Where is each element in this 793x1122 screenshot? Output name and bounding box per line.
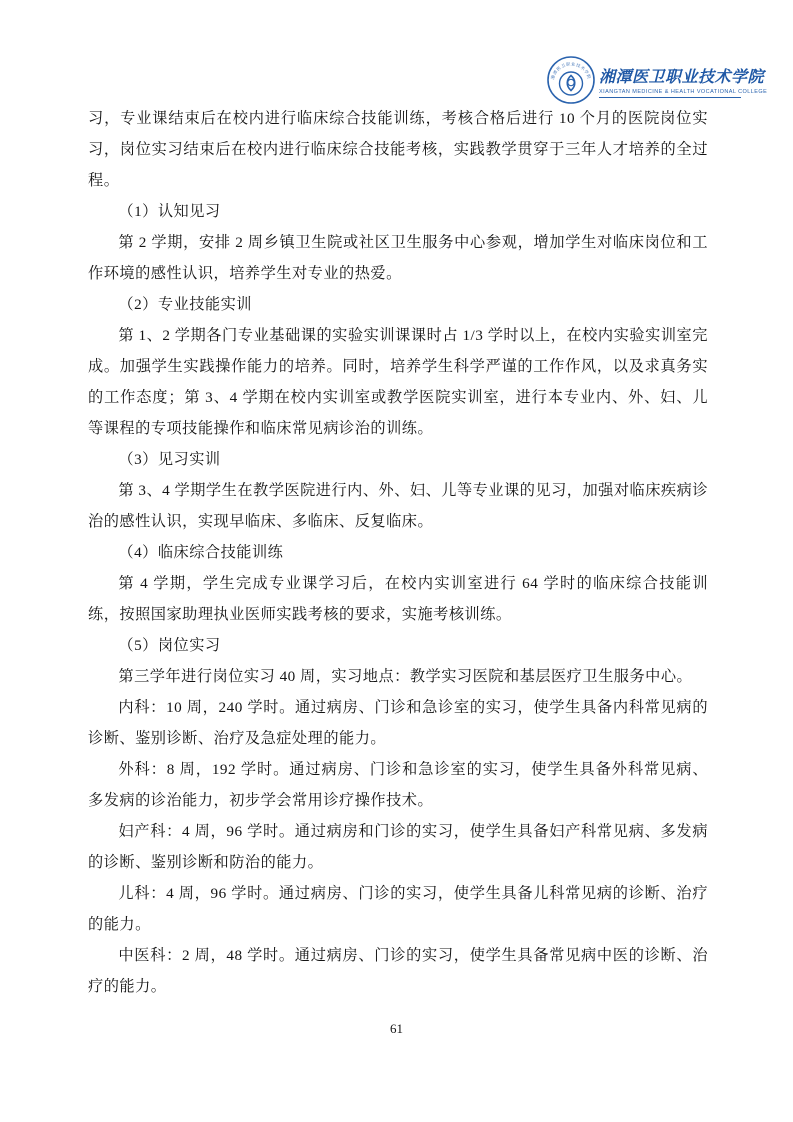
college-logo: 湘潭医卫职业技术学院 湘潭医卫职业技术学院 XIANGTAN MEDICINE …: [547, 56, 767, 104]
body-paragraph: 儿科：4 周，96 学时。通过病房、门诊的实习，使学生具备儿科常见病的诊断、治疗…: [88, 878, 708, 940]
body-paragraph: 中医科：2 周，48 学时。通过病房、门诊的实习，使学生具备常见病中医的诊断、治…: [88, 940, 708, 1002]
body-paragraph: 妇产科：4 周，96 学时。通过病房和门诊的实习，使学生具备妇产科常见病、多发病…: [88, 816, 708, 878]
page-number: 61: [0, 1021, 793, 1037]
document-body: 习，专业课结束后在校内进行临床综合技能训练，考核合格后进行 10 个月的医院岗位…: [88, 103, 708, 1002]
college-name-underline: [599, 97, 741, 98]
body-paragraph-continuation: 习，专业课结束后在校内进行临床综合技能训练，考核合格后进行 10 个月的医院岗位…: [88, 103, 708, 196]
body-paragraph: 第 1、2 学期各门专业基础课的实验实训课课时占 1/3 学时以上，在校内实验实…: [88, 320, 708, 444]
body-paragraph: 第 4 学期，学生完成专业课学习后，在校内实训室进行 64 学时的临床综合技能训…: [88, 568, 708, 630]
body-paragraph: 外科：8 周，192 学时。通过病房、门诊和急诊室的实习，使学生具备外科常见病、…: [88, 754, 708, 816]
section-heading-3: （3）见习实训: [88, 444, 708, 475]
section-heading-2: （2）专业技能实训: [88, 289, 708, 320]
body-paragraph: 第 2 学期，安排 2 周乡镇卫生院或社区卫生服务中心参观，增加学生对临床岗位和…: [88, 227, 708, 289]
section-heading-1: （1）认知见习: [88, 196, 708, 227]
section-heading-5: （5）岗位实习: [88, 630, 708, 661]
college-name-zh: 湘潭医卫职业技术学院: [599, 69, 767, 87]
college-name-en: XIANGTAN MEDICINE & HEALTH VOCATIONAL CO…: [599, 89, 767, 95]
college-emblem-icon: 湘潭医卫职业技术学院: [547, 56, 595, 104]
body-paragraph: 第 3、4 学期学生在教学医院进行内、外、妇、儿等专业课的见习，加强对临床疾病诊…: [88, 475, 708, 537]
body-paragraph: 内科：10 周，240 学时。通过病房、门诊和急诊室的实习，使学生具备内科常见病…: [88, 692, 708, 754]
document-page: 湘潭医卫职业技术学院 湘潭医卫职业技术学院 XIANGTAN MEDICINE …: [0, 0, 793, 1122]
body-paragraph: 第三学年进行岗位实习 40 周，实习地点：教学实习医院和基层医疗卫生服务中心。: [88, 661, 708, 692]
section-heading-4: （4）临床综合技能训练: [88, 537, 708, 568]
college-name-block: 湘潭医卫职业技术学院 XIANGTAN MEDICINE & HEALTH VO…: [599, 63, 767, 98]
